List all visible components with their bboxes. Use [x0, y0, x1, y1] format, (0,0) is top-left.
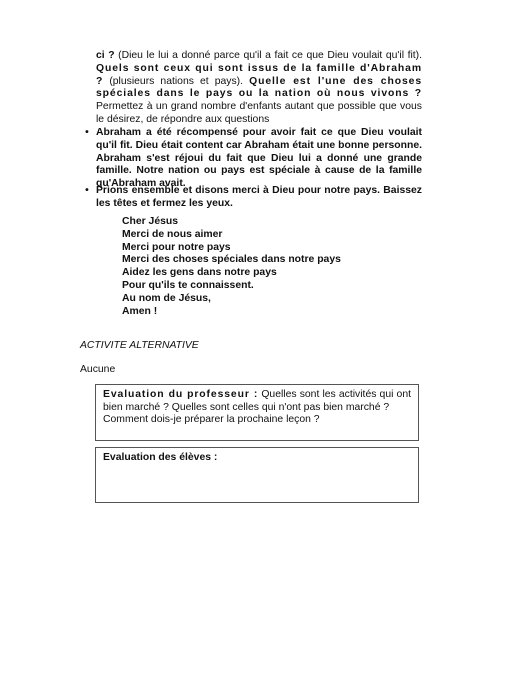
alternative-activity-content: Aucune — [80, 364, 115, 375]
answer-1: (Dieu le lui a donné parce qu'il a fait … — [115, 50, 422, 61]
teacher-evaluation-text-2: Comment dois-je préparer la prochaine le… — [103, 414, 320, 425]
prayer-line: Au nom de Jésus, — [122, 293, 341, 306]
teacher-evaluation-box: Evaluation du professeur : Quelles sont … — [95, 384, 419, 441]
student-evaluation-box: Evaluation des élèves : — [95, 447, 419, 503]
bullet-text: Abraham a été récompensé pour avoir fait… — [96, 127, 422, 191]
prayer-block: Cher Jésus Merci de nous aimer Merci pou… — [122, 216, 341, 318]
prayer-line: Pour qu'ils te connaissent. — [122, 280, 341, 293]
bullet-icon: • — [80, 185, 94, 198]
prayer-line: Amen ! — [122, 306, 341, 319]
intro-paragraph: ci ? (Dieu le lui a donné parce qu'il a … — [96, 50, 422, 127]
prayer-line: Merci des choses spéciales dans notre pa… — [122, 254, 341, 267]
document-page: ci ? (Dieu le lui a donné parce qu'il a … — [0, 0, 532, 688]
bullet-text: Prions ensemble et disons merci à Dieu p… — [96, 185, 422, 211]
bullet-icon: • — [80, 127, 94, 140]
answer-2: (plusieurs nations et pays). — [103, 76, 249, 87]
prayer-line: Aidez les gens dans notre pays — [122, 267, 341, 280]
student-evaluation-label: Evaluation des élèves : — [103, 452, 217, 463]
question-1-tail: ci ? — [96, 50, 115, 61]
teacher-evaluation-label: Evaluation du professeur : — [103, 389, 258, 400]
instruction-text: Permettez à un grand nombre d'enfants au… — [96, 101, 422, 125]
prayer-line: Cher Jésus — [122, 216, 341, 229]
prayer-line: Merci pour notre pays — [122, 242, 341, 255]
prayer-line: Merci de nous aimer — [122, 229, 341, 242]
alternative-activity-heading: ACTIVITE ALTERNATIVE — [80, 340, 199, 351]
